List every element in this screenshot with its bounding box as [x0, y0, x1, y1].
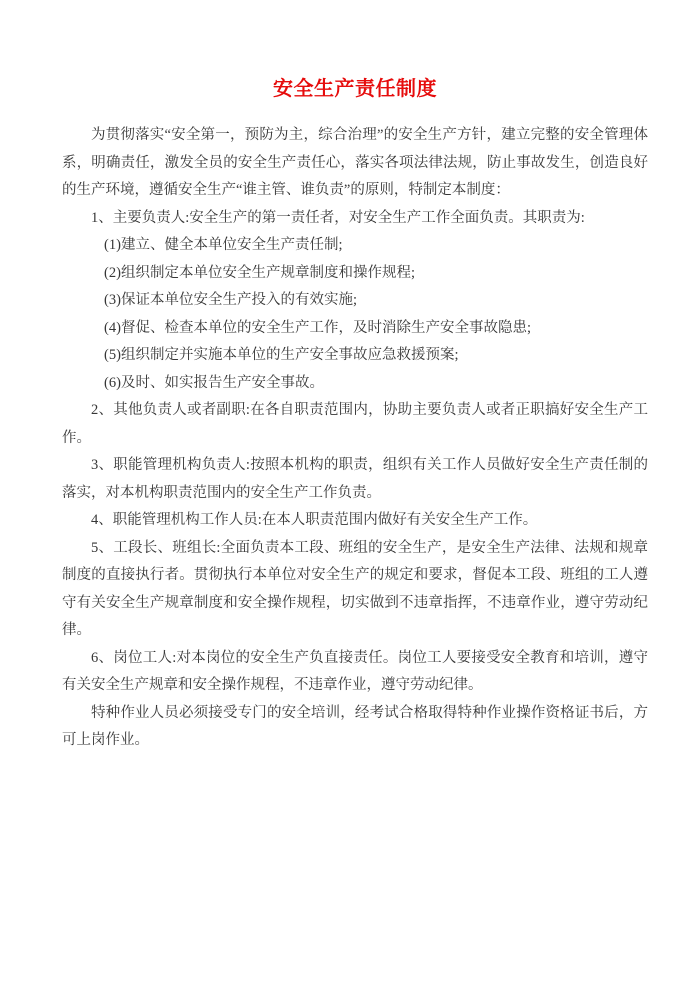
paragraph-subitem: (2)组织制定本单位安全生产规章制度和操作规程; — [62, 260, 648, 288]
paragraph-item: 2、其他负责人或者副职:在各自职责范围内，协助主要负责人或者正职搞好安全生产工作… — [62, 397, 648, 452]
document-title: 安全生产责任制度 — [62, 76, 648, 102]
paragraph-subitem: (5)组织制定并实施本单位的生产安全事故应急救援预案; — [62, 342, 648, 370]
paragraph-intro: 为贯彻落实“安全第一，预防为主，综合治理”的安全生产方针，建立完整的安全管理体系… — [62, 122, 648, 205]
paragraph-subitem: (6)及时、如实报告生产安全事故。 — [62, 370, 648, 398]
paragraph-closing: 特种作业人员必须接受专门的安全培训，经考试合格取得特种作业操作资格证书后，方可上… — [62, 700, 648, 755]
document-body: 为贯彻落实“安全第一，预防为主，综合治理”的安全生产方针，建立完整的安全管理体系… — [62, 122, 648, 755]
paragraph-item: 6、岗位工人:对本岗位的安全生产负直接责任。岗位工人要接受安全教育和培训，遵守有… — [62, 645, 648, 700]
paragraph-subitem: (4)督促、检查本单位的安全生产工作，及时消除生产安全事故隐患; — [62, 315, 648, 343]
paragraph-item: 4、职能管理机构工作人员:在本人职责范围内做好有关安全生产工作。 — [62, 507, 648, 535]
paragraph-subitem: (3)保证本单位安全生产投入的有效实施; — [62, 287, 648, 315]
paragraph-subitem: (1)建立、健全本单位安全生产责任制; — [62, 232, 648, 260]
paragraph-item: 5、工段长、班组长:全面负责本工段、班组的安全生产，是安全生产法律、法规和规章制… — [62, 535, 648, 645]
paragraph-item: 1、主要负责人:安全生产的第一责任者，对安全生产工作全面负责。其职责为: — [62, 205, 648, 233]
document-page: 安全生产责任制度 为贯彻落实“安全第一，预防为主，综合治理”的安全生产方针，建立… — [0, 0, 700, 990]
paragraph-item: 3、职能管理机构负责人:按照本机构的职责，组织有关工作人员做好安全生产责任制的落… — [62, 452, 648, 507]
